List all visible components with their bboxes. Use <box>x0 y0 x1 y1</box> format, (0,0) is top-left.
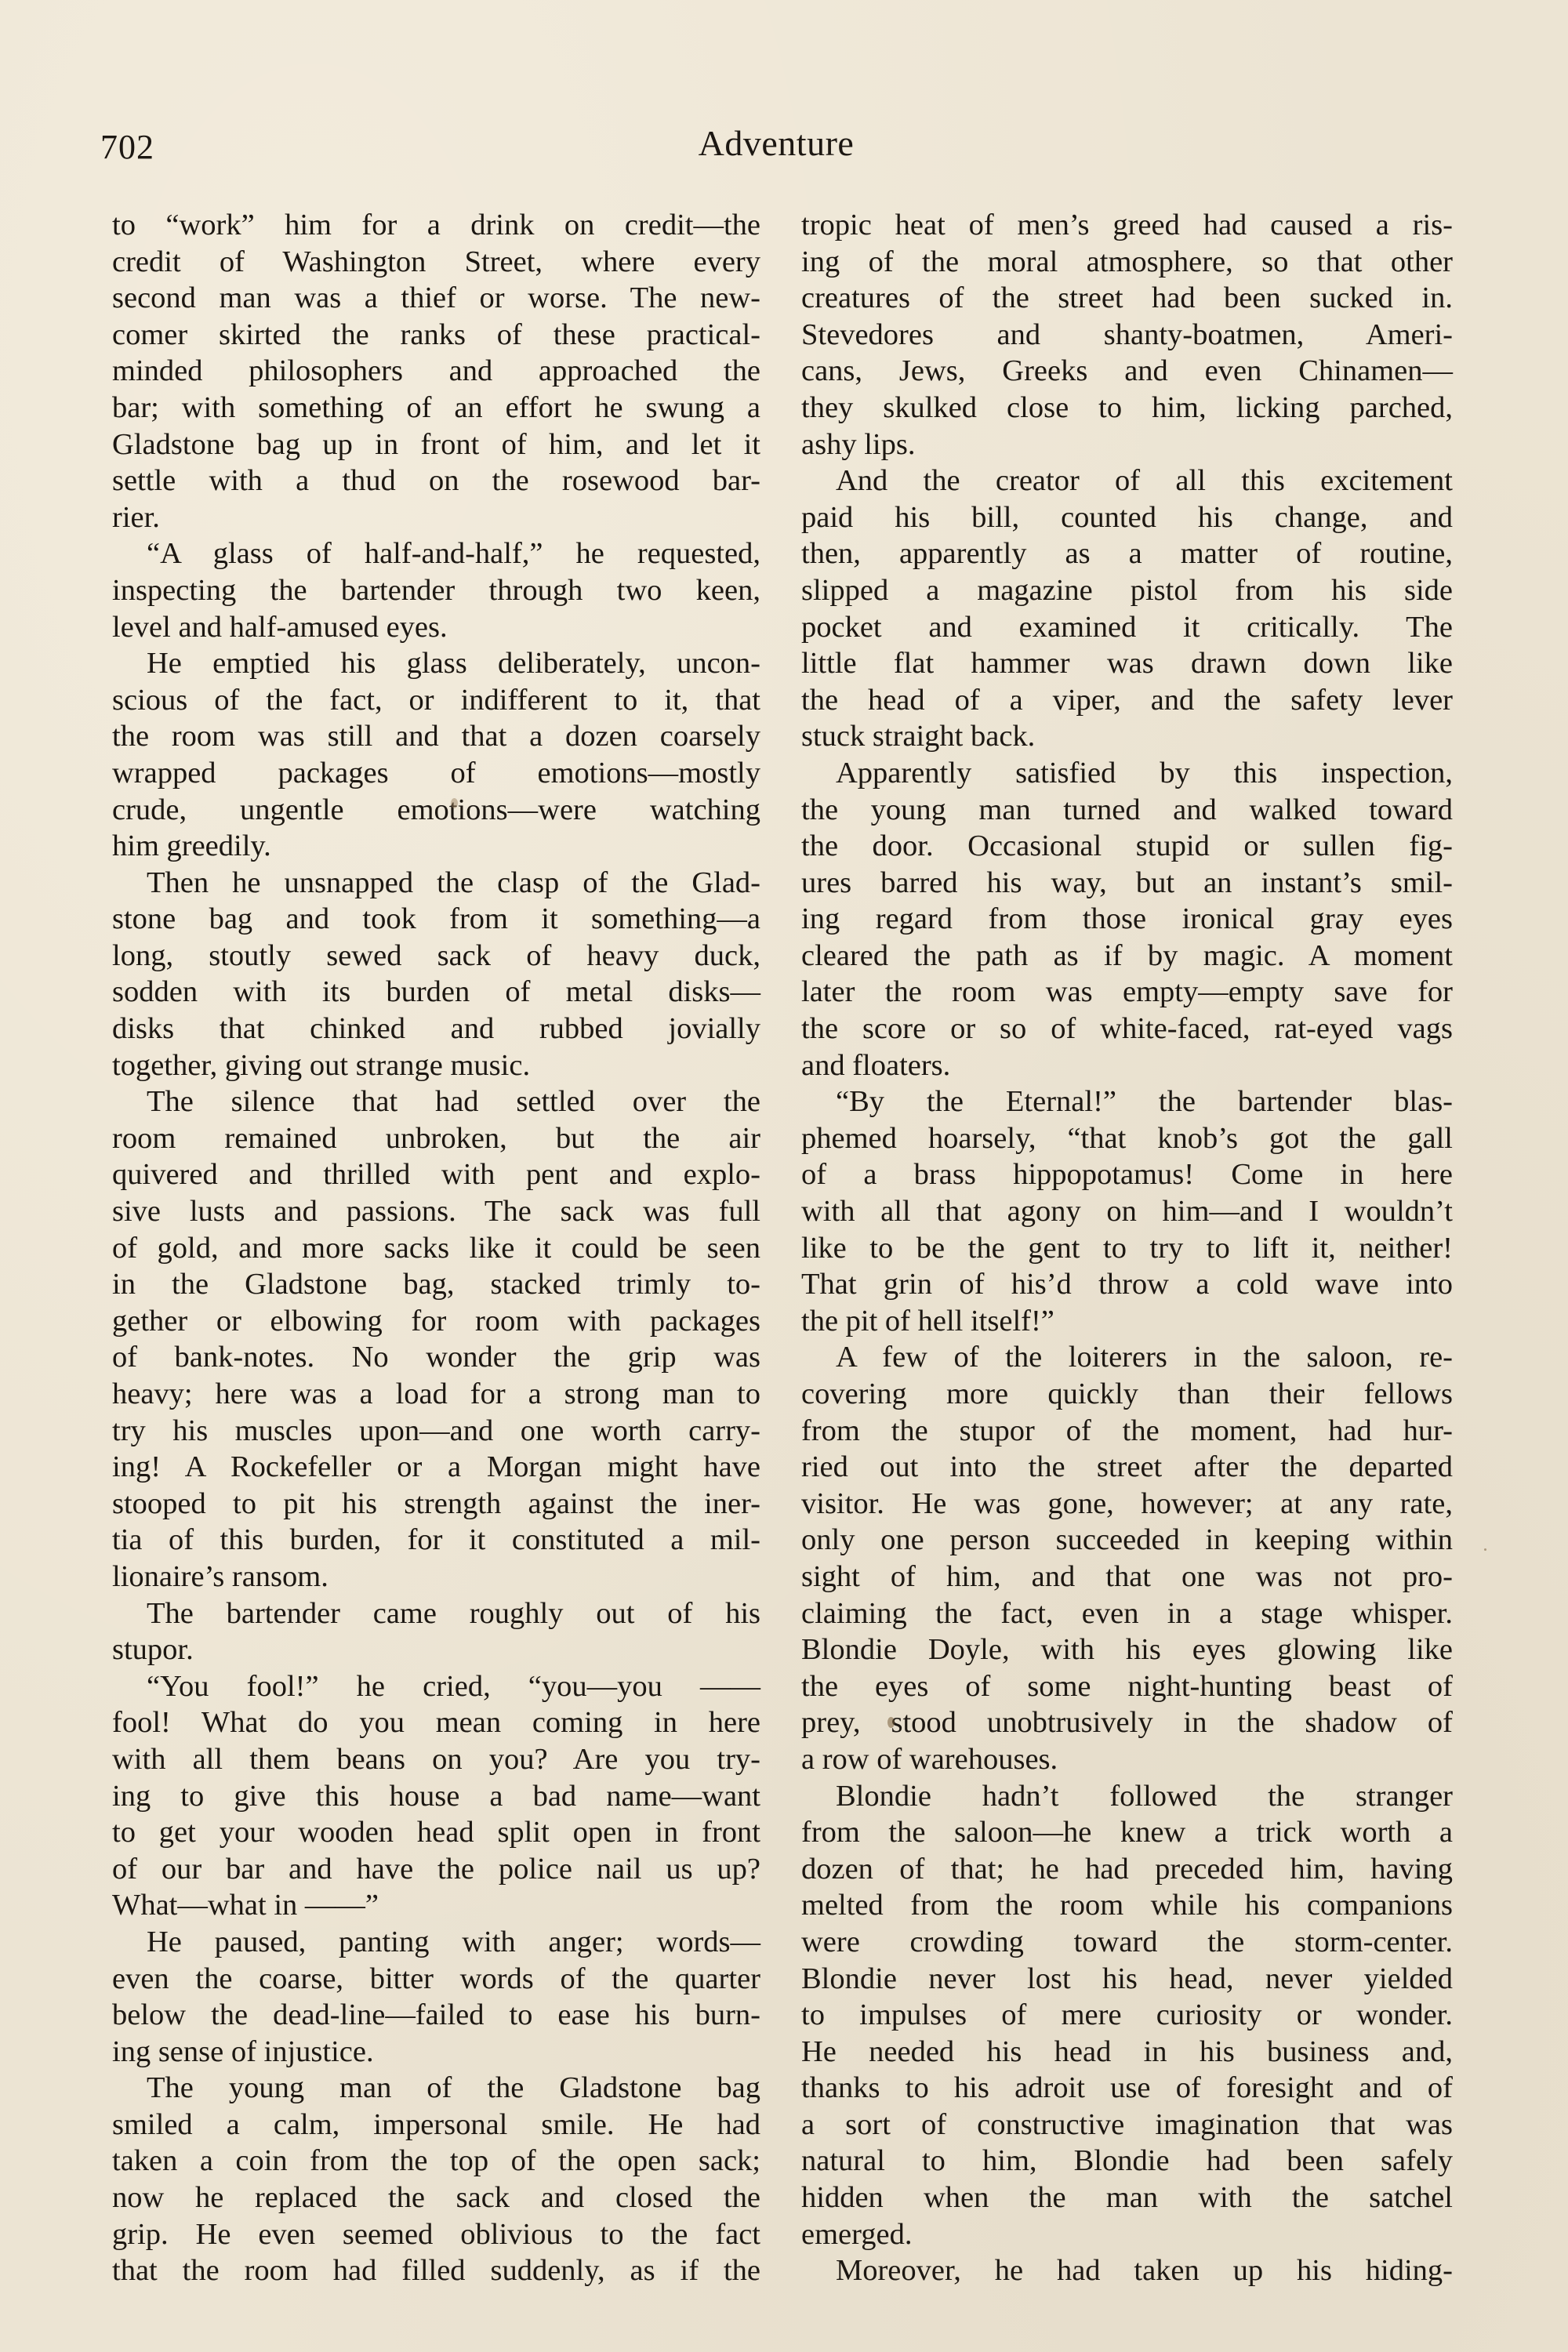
text-line: were crowding toward the storm-center. <box>801 1924 1453 1961</box>
text-line: The young man of the Gladstone bag <box>112 2070 760 2107</box>
text-line: ures barred his way, but an instant’s sm… <box>801 865 1453 902</box>
text-line: The bartender came roughly out of his <box>112 1595 760 1632</box>
text-line: the room was still and that a dozen coar… <box>112 718 760 755</box>
text-line: him greedily. <box>112 828 760 865</box>
text-line: visitor. He was gone, however; at any ra… <box>801 1486 1453 1523</box>
text-line: ashy lips. <box>801 426 1453 463</box>
text-line: together, giving out strange music. <box>112 1047 760 1084</box>
magazine-page: 702 Adventure to “work” him for a drink … <box>0 0 1568 2352</box>
text-column-left: to “work” him for a drink on credit—thec… <box>112 207 760 2289</box>
text-line: Blondie never lost his head, never yield… <box>801 1961 1453 1998</box>
text-line: with all them beans on you? Are you try- <box>112 1741 760 1778</box>
text-line: the young man turned and walked toward <box>801 792 1453 829</box>
text-line: He emptied his glass deliberately, uncon… <box>112 645 760 682</box>
text-line: that the room had filled suddenly, as if… <box>112 2252 760 2289</box>
text-line: taken a coin from the top of the open sa… <box>112 2143 760 2180</box>
text-line: slipped a magazine pistol from his side <box>801 572 1453 609</box>
text-line: like to be the gent to try to lift it, n… <box>801 1230 1453 1267</box>
text-line: thanks to his adroit use of foresight an… <box>801 2070 1453 2107</box>
text-line: Then he unsnapped the clasp of the Glad- <box>112 865 760 902</box>
text-line: What—what in ——” <box>112 1887 760 1924</box>
text-line: Blondie hadn’t followed the stranger <box>801 1778 1453 1815</box>
text-line: smiled a calm, impersonal smile. He had <box>112 2107 760 2143</box>
text-line: with all that agony on him—and I wouldn’… <box>801 1193 1453 1230</box>
text-line: later the room was empty—empty save for <box>801 974 1453 1011</box>
text-line: of gold, and more sacks like it could be… <box>112 1230 760 1267</box>
text-line: to “work” him for a drink on credit—the <box>112 207 760 244</box>
text-line: level and half-amused eyes. <box>112 609 760 646</box>
text-line: rier. <box>112 499 760 536</box>
text-line: minded philosophers and approached the <box>112 353 760 390</box>
text-line: “A glass of half-and-half,” he requested… <box>112 535 760 572</box>
text-line: phemed hoarsely, “that knob’s got the ga… <box>801 1120 1453 1157</box>
text-line: the head of a viper, and the safety leve… <box>801 682 1453 719</box>
text-line: try his muscles upon—and one worth carry… <box>112 1413 760 1450</box>
text-line: pocket and examined it critically. The <box>801 609 1453 646</box>
text-line: inspecting the bartender through two kee… <box>112 572 760 609</box>
text-line: of bank-notes. No wonder the grip was <box>112 1339 760 1376</box>
running-head: 702 Adventure <box>0 118 1568 172</box>
text-line: second man was a thief or worse. The new… <box>112 280 760 317</box>
text-line: a sort of constructive imagination that … <box>801 2107 1453 2143</box>
paper-speck <box>451 798 458 808</box>
paper-speck <box>1484 1548 1486 1551</box>
text-line: and floaters. <box>801 1047 1453 1084</box>
text-line: from the saloon—he knew a trick worth a <box>801 1814 1453 1851</box>
text-line: below the dead-line—failed to ease his b… <box>112 1997 760 2034</box>
text-column-right: tropic heat of men’s greed had caused a … <box>801 207 1453 2289</box>
text-line: only one person succeeded in keeping wit… <box>801 1522 1453 1559</box>
text-line: scious of the fact, or indifferent to it… <box>112 682 760 719</box>
text-line: wrapped packages of emotions—mostly <box>112 755 760 792</box>
text-line: of a brass hippopotamus! Come in here <box>801 1156 1453 1193</box>
text-line: bar; with something of an effort he swun… <box>112 390 760 426</box>
text-line: natural to him, Blondie had been safely <box>801 2143 1453 2180</box>
text-line: He needed his head in his business and, <box>801 2034 1453 2071</box>
text-line: sight of him, and that one was not pro- <box>801 1559 1453 1595</box>
text-line: from the stupor of the moment, had hur- <box>801 1413 1453 1450</box>
text-line: A few of the loiterers in the saloon, re… <box>801 1339 1453 1376</box>
text-line: ried out into the street after the depar… <box>801 1449 1453 1486</box>
text-line: stone bag and took from it something—a <box>112 901 760 938</box>
text-line: cans, Jews, Greeks and even Chinamen— <box>801 353 1453 390</box>
journal-title: Adventure <box>0 122 1552 164</box>
text-line: crude, ungentle emotions—were watching <box>112 792 760 829</box>
text-line: then, apparently as a matter of routine, <box>801 535 1453 572</box>
text-line: a row of warehouses. <box>801 1741 1453 1778</box>
text-line: tropic heat of men’s greed had caused a … <box>801 207 1453 244</box>
text-line: ing sense of injustice. <box>112 2034 760 2071</box>
text-line: credit of Washington Street, where every <box>112 244 760 281</box>
text-line: the pit of hell itself!” <box>801 1303 1453 1340</box>
text-line: fool! What do you mean coming in here <box>112 1704 760 1741</box>
text-line: That grin of his’d throw a cold wave int… <box>801 1266 1453 1303</box>
text-line: in the Gladstone bag, stacked trimly to- <box>112 1266 760 1303</box>
text-line: they skulked close to him, licking parch… <box>801 390 1453 426</box>
text-line: Apparently satisfied by this inspection, <box>801 755 1453 792</box>
text-line: ing regard from those ironical gray eyes <box>801 901 1453 938</box>
text-line: grip. He even seemed oblivious to the fa… <box>112 2216 760 2253</box>
text-line: lionaire’s ransom. <box>112 1559 760 1595</box>
text-line: “By the Eternal!” the bartender blas- <box>801 1083 1453 1120</box>
text-line: the score or so of white-faced, rat-eyed… <box>801 1011 1453 1047</box>
text-line: long, stoutly sewed sack of heavy duck, <box>112 938 760 975</box>
text-line: emerged. <box>801 2216 1453 2253</box>
text-line: gether or elbowing for room with package… <box>112 1303 760 1340</box>
text-line: stupor. <box>112 1632 760 1668</box>
text-line: The silence that had settled over the <box>112 1083 760 1120</box>
text-line: He paused, panting with anger; words— <box>112 1924 760 1961</box>
text-line: Gladstone bag up in front of him, and le… <box>112 426 760 463</box>
text-line: cleared the path as if by magic. A momen… <box>801 938 1453 975</box>
text-line: Stevedores and shanty-boatmen, Ameri- <box>801 317 1453 354</box>
text-line: melted from the room while his companion… <box>801 1887 1453 1924</box>
text-line: paid his bill, counted his change, and <box>801 499 1453 536</box>
text-line: to get your wooden head split open in fr… <box>112 1814 760 1851</box>
text-line: ing! A Rockefeller or a Morgan might hav… <box>112 1449 760 1486</box>
text-line: comer skirted the ranks of these practic… <box>112 317 760 354</box>
text-line: stooped to pit his strength against the … <box>112 1486 760 1523</box>
text-line: covering more quickly than their fellows <box>801 1376 1453 1413</box>
text-line: sive lusts and passions. The sack was fu… <box>112 1193 760 1230</box>
text-line: Moreover, he had taken up his hiding- <box>801 2252 1453 2289</box>
text-line: ing to give this house a bad name—want <box>112 1778 760 1815</box>
paper-speck <box>887 1717 895 1728</box>
text-line: quivered and thrilled with pent and expl… <box>112 1156 760 1193</box>
text-line: Blondie Doyle, with his eyes glowing lik… <box>801 1632 1453 1668</box>
text-line: to impulses of mere curiosity or wonder. <box>801 1997 1453 2034</box>
text-line: ing of the moral atmosphere, so that oth… <box>801 244 1453 281</box>
text-line: disks that chinked and rubbed jovially <box>112 1011 760 1047</box>
text-line: dozen of that; he had preceded him, havi… <box>801 1851 1453 1888</box>
text-line: the door. Occasional stupid or sullen fi… <box>801 828 1453 865</box>
text-line: “You fool!” he cried, “you—you —— <box>112 1668 760 1705</box>
text-line: claiming the fact, even in a stage whisp… <box>801 1595 1453 1632</box>
text-line: room remained unbroken, but the air <box>112 1120 760 1157</box>
text-line: creatures of the street had been sucked … <box>801 280 1453 317</box>
text-line: hidden when the man with the satchel <box>801 2180 1453 2216</box>
text-line: the eyes of some night-hunting beast of <box>801 1668 1453 1705</box>
text-line: little flat hammer was drawn down like <box>801 645 1453 682</box>
text-line: of our bar and have the police nail us u… <box>112 1851 760 1888</box>
text-line: settle with a thud on the rosewood bar- <box>112 463 760 499</box>
text-line: tia of this burden, for it constituted a… <box>112 1522 760 1559</box>
text-line: prey, stood unobtrusively in the shadow … <box>801 1704 1453 1741</box>
text-line: now he replaced the sack and closed the <box>112 2180 760 2216</box>
text-line: heavy; here was a load for a strong man … <box>112 1376 760 1413</box>
text-line: even the coarse, bitter words of the qua… <box>112 1961 760 1998</box>
text-line: stuck straight back. <box>801 718 1453 755</box>
text-line: And the creator of all this excitement <box>801 463 1453 499</box>
text-line: sodden with its burden of metal disks— <box>112 974 760 1011</box>
